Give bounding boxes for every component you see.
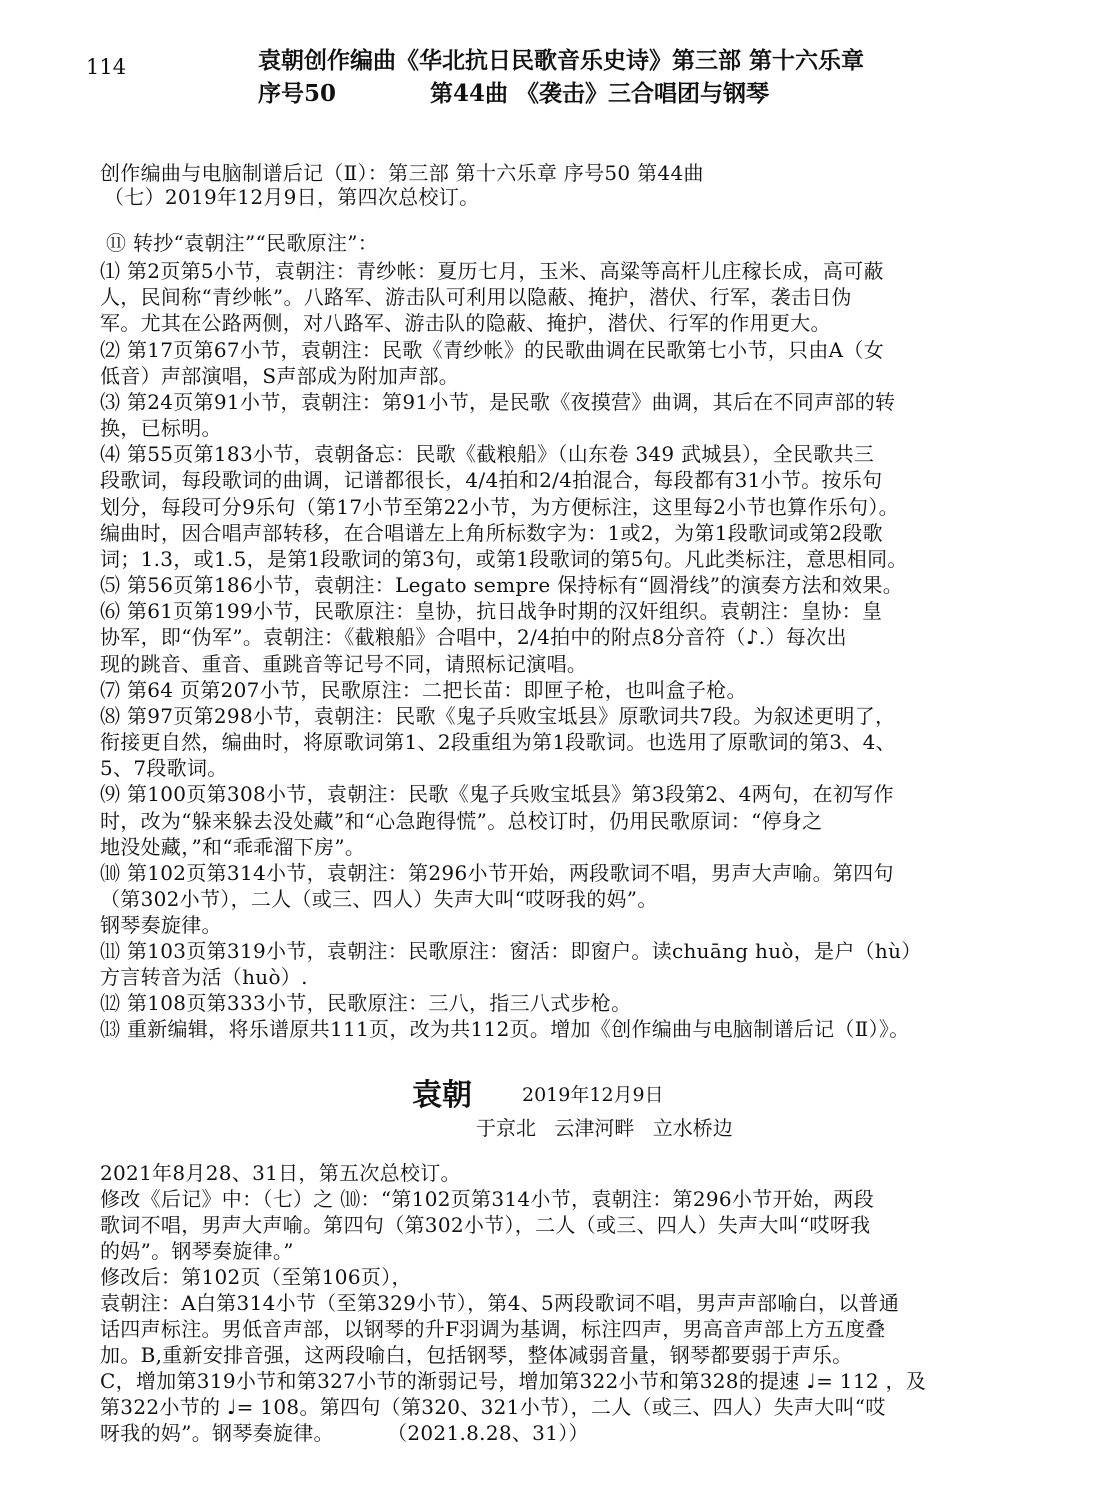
afterword-section-heading: ⑪ 转抄“袁朝注”“民歌原注”： [106, 230, 378, 256]
note-line: ⑸ 第56页第186小节，袁朝注：Legato sempre 保持标有“圆滑线”… [100, 572, 903, 598]
note-line: ⑹ 第61页第199小节，民歌原注：皇协，抗日战争时期的汉奸组织。袁朝注：皇协：… [100, 598, 882, 624]
note-line: ⑺ 第64 页第207小节，民歌原注：二把长苗：即匣子枪，也叫盒子枪。 [100, 677, 747, 703]
revision-line: 修改后：第102页（至第106页）， [100, 1264, 412, 1290]
note-line: ⑿ 第108页第333小节，民歌原注：三八，指三八式步枪。 [100, 990, 631, 1016]
note-line: 编曲时，因合唱声部转移，在合唱谱左上角所标数字为：1或2，为第1段歌词或第2段歌 [100, 520, 883, 546]
signature-name: 袁朝 [412, 1070, 472, 1114]
note-line: 换，已标明。 [100, 415, 222, 441]
note-line: ⒀ 重新编辑，将乐谱原共111页，改为共112页。增加《创作编曲与电脑制谱后记（… [100, 1016, 910, 1042]
note-line: ⑵ 第17页第67小节，袁朝注：民歌《青纱帐》的民歌曲调在民歌第七小节，只由A（… [100, 337, 884, 363]
note-line: ⑷ 第55页第183小节，袁朝备忘：民歌《截粮船》（山东卷 349 武城县），全… [100, 441, 874, 467]
note-line: ⑶ 第24页第91小节，袁朝注：第91小节，是民歌《夜摸营》曲调，其后在不同声部… [100, 389, 895, 415]
note-line: ⑻ 第97页第298小节，袁朝注：民歌《鬼子兵败宝坻县》原歌词共7段。为叙述更明… [100, 703, 895, 729]
afterword-title: 创作编曲与电脑制谱后记（Ⅱ）：第三部 第十六乐章 序号50 第44曲 [100, 160, 704, 186]
afterword-revision-note: （七）2019年12月9日，第四次总校订。 [104, 184, 479, 210]
note-line: ⑴ 第2页第5小节，袁朝注：青纱帐：夏历七月，玉米、高粱等高杆儿庄稼长成，高可蔽 [100, 258, 884, 284]
signature-date: 2019年12月9日 [522, 1080, 664, 1107]
note-line: 划分，每段可分9乐句（第17小节至第22小节，为方便标注，这里每2小节也算作乐句… [100, 494, 899, 520]
revision-line: 第322小节的 ♩= 108。第四句（第320、321小节），二人（或三、四人）… [100, 1394, 886, 1420]
note-line: 钢琴奏旋律。 [100, 912, 222, 938]
note-line: ⑽ 第102页第314小节，袁朝注：第296小节开始，两段歌词不唱，男声大声喻。… [100, 860, 894, 886]
note-line: ⑼ 第100页第308小节，袁朝注：民歌《鬼子兵败宝坻县》第3段第2、4两句，在… [100, 781, 894, 807]
note-line: 现的跳音、重音、重跳音等记号不同，请照标记演唱。 [100, 651, 587, 677]
note-line: 军。尤其在公路两侧，对八路军、游击队的隐蔽、掩护，潜伏、行军的作用更大。 [100, 310, 831, 336]
note-line: 人，民间称“青纱帐”。八路军、游击队可利用以隐蔽、掩护，潜伏、行军，袭击日伪 [100, 284, 852, 310]
note-line: 协军，即“伪军”。袁朝注：《截粮船》合唱中，2/4拍中的附点8分音符（♪.）每次… [100, 624, 847, 650]
note-line: 地没处藏，”和“乖乖溜下房”。 [100, 834, 365, 860]
note-line: 方言转音为活（huò）. [100, 964, 308, 990]
note-line: 词；1.3，或1.5，是第1段歌词的第3句，或第1段歌词的第5句。凡此类标注，意… [100, 546, 908, 572]
note-line: （第302小节），二人（或三、四人）失声大叫“哎呀我的妈”。 [100, 886, 658, 912]
header-sequence-number: 序号50 [258, 75, 430, 108]
note-line: 段歌词，每段歌词的曲调，记谱都很长，4/4拍和2/4拍混合，每段都有31小节。按… [100, 467, 882, 493]
note-line: 衔接更自然，编曲时，将原歌词第1、2段重组为第1段歌词。也选用了原歌词的第3、4… [100, 729, 896, 755]
note-line: 低音）声部演唱，S声部成为附加声部。 [100, 363, 459, 389]
header-piece-title: 第44曲 《袭击》三合唱团与钢琴 [430, 80, 769, 107]
header-title-line2: 序号50第44曲 《袭击》三合唱团与钢琴 [258, 75, 769, 108]
revision-line: 话四声标注。男低音声部，以钢琴的升F羽调为基调，标注四声，男高音声部上方五度叠 [100, 1316, 886, 1342]
revision-line: 加。B,重新安排音强，这两段喻白，包括钢琴，整体减弱音量，钢琴都要弱于声乐。 [100, 1342, 852, 1368]
revision-line: 修改《后记》中：（七）之 ⑽：“第102页第314小节，袁朝注：第296小节开始… [100, 1186, 874, 1212]
page-number: 114 [86, 55, 126, 79]
revision-line: 歌词不唱，男声大声喻。第四句（第302小节），二人（或三、四人）失声大叫“哎呀我 [100, 1212, 870, 1238]
revision-line: 2021年8月28、31日，第五次总校订。 [100, 1160, 461, 1186]
revision-line: 袁朝注：A白第314小节（至第329小节），第4、5两段歌词不唱，男声声部喻白，… [100, 1290, 899, 1316]
revision-line: 呀我的妈”。钢琴奏旋律。 （2021.8.28、31）） [100, 1420, 589, 1446]
note-line: 5、7段歌词。 [100, 755, 228, 781]
revision-line: C，增加第319小节和第327小节的渐弱记号，增加第322小节和第328的提速 … [100, 1368, 926, 1394]
revision-line: 的妈”。钢琴奏旋律。” [100, 1238, 294, 1264]
header-title-line1: 袁朝创作编曲《华北抗日民歌音乐史诗》第三部 第十六乐章 [258, 42, 864, 75]
note-line: 时，改为“躲来躲去没处藏”和“心急跑得慌”。总校订时，仍用民歌原词：“停身之 [100, 808, 823, 834]
signature-place: 于京北 云津河畔 立水桥边 [476, 1112, 733, 1141]
note-line: ⑾ 第103页第319小节，袁朝注：民歌原注：窗活：即窗户。读chuāng hu… [100, 938, 922, 964]
